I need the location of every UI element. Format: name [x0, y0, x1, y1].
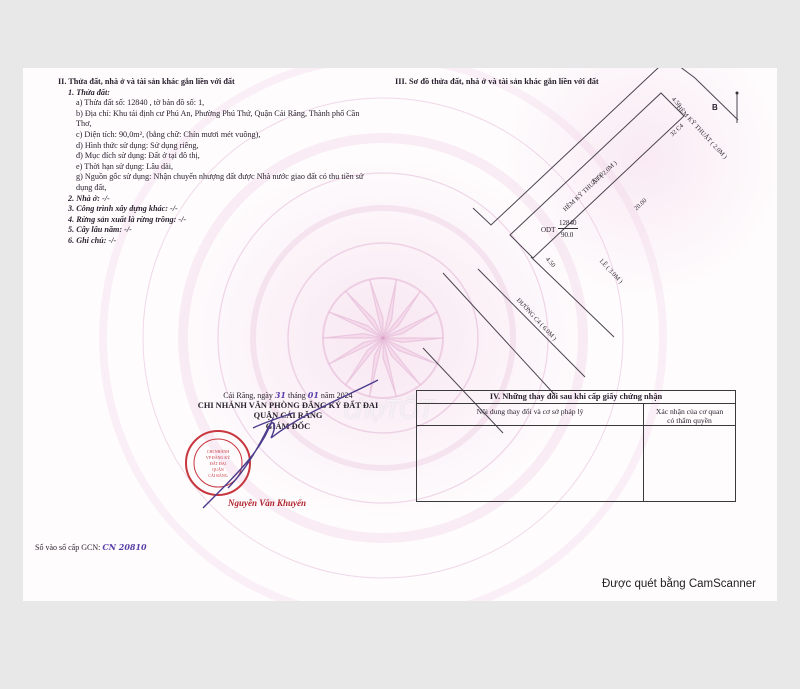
registration-number: Số vào sổ cấp GCN: CN 20810	[35, 542, 147, 552]
svg-text:ĐẤT ĐAI: ĐẤT ĐAI	[210, 461, 227, 466]
signer-name: Nguyễn Văn Khuyến	[228, 498, 306, 508]
changes-column-header: Nội dung thay đổi và cơ sở pháp lý	[417, 404, 643, 426]
official-stamp-icon: CHI NHÁNH VP ĐĂNG KÝ ĐẤT ĐAI QUẬN CÁI RĂ…	[23, 68, 777, 601]
svg-text:QUẬN: QUẬN	[212, 467, 224, 472]
section-4-title: IV. Những thay đổi sau khi cấp giấy chứn…	[417, 391, 735, 404]
svg-text:CHI NHÁNH: CHI NHÁNH	[207, 449, 229, 454]
confirmation-column-header: Xác nhận của cơ quan có thẩm quyền	[644, 404, 735, 426]
svg-text:VP ĐĂNG KÝ: VP ĐĂNG KÝ	[206, 455, 230, 460]
changes-table: IV. Những thay đổi sau khi cấp giấy chứn…	[416, 390, 736, 502]
confirmation-column: Xác nhận của cơ quan có thẩm quyền	[644, 404, 735, 501]
changes-column: Nội dung thay đổi và cơ sở pháp lý	[417, 404, 644, 501]
camscanner-footer: Được quét bằng CamScanner	[602, 578, 756, 590]
svg-text:CÁI RĂNG: CÁI RĂNG	[208, 473, 227, 478]
registration-value: CN 20810	[102, 542, 146, 552]
scanned-document-page: II. Thửa đất, nhà ở và tài sản khác gắn …	[23, 68, 777, 601]
